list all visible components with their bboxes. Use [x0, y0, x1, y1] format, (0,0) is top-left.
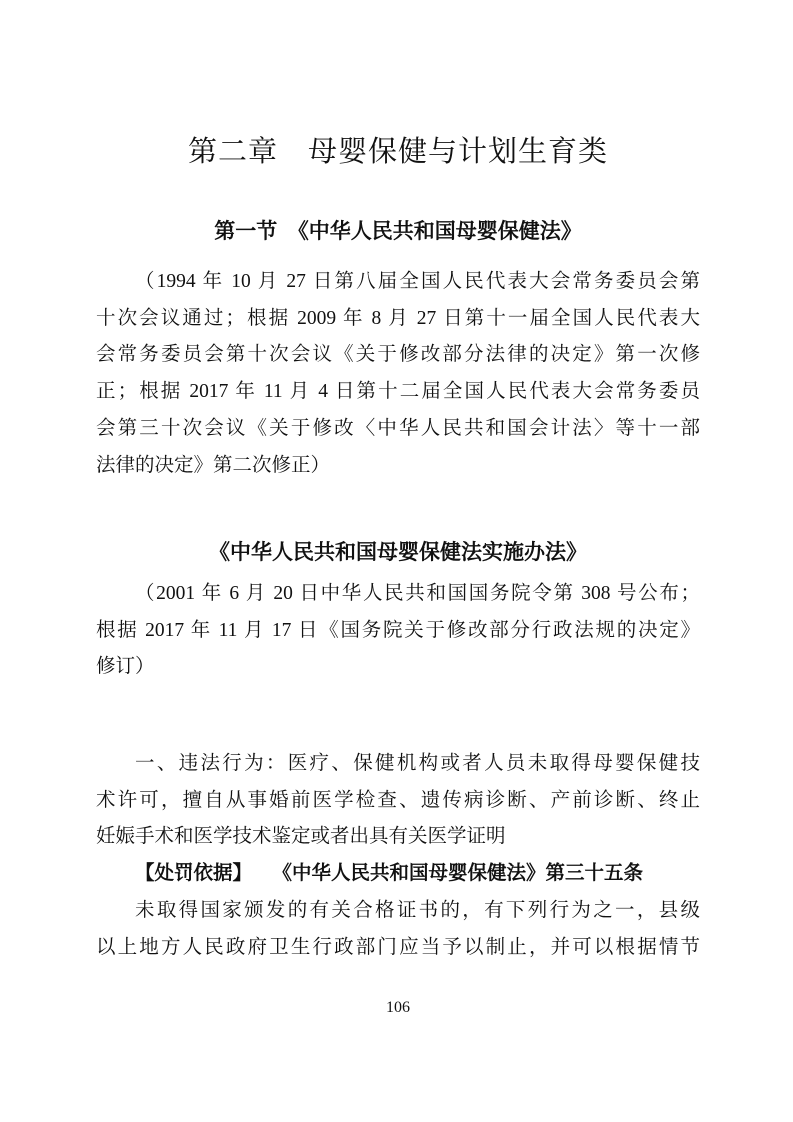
text-line: 一、违法行为：医疗、保健机构或者人员未取得母婴保健技 — [96, 746, 700, 783]
text-line: 以上地方人民政府卫生行政部门应当予以制止，并可以根据情节 — [96, 930, 700, 967]
document-page: 第二章 母婴保健与计划生育类 第一节 《中华人民共和国母婴保健法》 （1994 … — [0, 0, 793, 1122]
law-adoption-note: （1994 年 10 月 27 日第八届全国人民代表大会常务委员会第十次会议通过… — [96, 264, 700, 484]
text-line: （1994 年 10 月 27 日第八届全国人民代表大会常务委员会第 — [96, 264, 700, 301]
text-line: 妊娠手术和医学技术鉴定或者出具有关医学证明 — [96, 819, 700, 856]
page-number: 106 — [96, 997, 700, 1019]
text-line: 十次会议通过；根据 2009 年 8 月 27 日第十一届全国人民代表大 — [96, 301, 700, 338]
text-line: 修订） — [96, 649, 700, 686]
text-line: 根据 2017 年 11 月 17 日《国务院关于修改部分行政法规的决定》 — [96, 613, 700, 650]
text-line: （2001 年 6 月 20 日中华人民共和国国务院令第 308 号公布； — [96, 576, 700, 613]
text-line: 术许可，擅自从事婚前医学检查、遗传病诊断、产前诊断、终止 — [96, 783, 700, 820]
text-line: 法律的决定》第二次修正） — [96, 448, 700, 485]
text-line: 会第三十次会议《关于修改〈中华人民共和国会计法〉等十一部 — [96, 411, 700, 448]
implementation-measures-heading: 《中华人民共和国母婴保健法实施办法》 — [96, 537, 700, 569]
section-heading: 第一节 《中华人民共和国母婴保健法》 — [96, 216, 700, 248]
implementation-note: （2001 年 6 月 20 日中华人民共和国国务院令第 308 号公布；根据 … — [96, 576, 700, 686]
chapter-title: 第二章 母婴保健与计划生育类 — [96, 132, 700, 172]
penalty-text-paragraph: 未取得国家颁发的有关合格证书的，有下列行为之一，县级以上地方人民政府卫生行政部门… — [96, 893, 700, 966]
penalty-basis-line: 【处罚依据】《中华人民共和国母婴保健法》第三十五条 — [96, 856, 700, 893]
penalty-basis-reference: 《中华人民共和国母婴保健法》第三十五条 — [282, 863, 643, 884]
penalty-basis-label: 【处罚依据】 — [135, 863, 252, 884]
text-line: 未取得国家颁发的有关合格证书的，有下列行为之一，县级 — [96, 893, 700, 930]
text-line: 会常务委员会第十次会议《关于修改部分法律的决定》第一次修 — [96, 337, 700, 374]
violation-paragraph: 一、违法行为：医疗、保健机构或者人员未取得母婴保健技术许可，擅自从事婚前医学检查… — [96, 746, 700, 856]
text-line: 正；根据 2017 年 11 月 4 日第十二届全国人民代表大会常务委员 — [96, 374, 700, 411]
